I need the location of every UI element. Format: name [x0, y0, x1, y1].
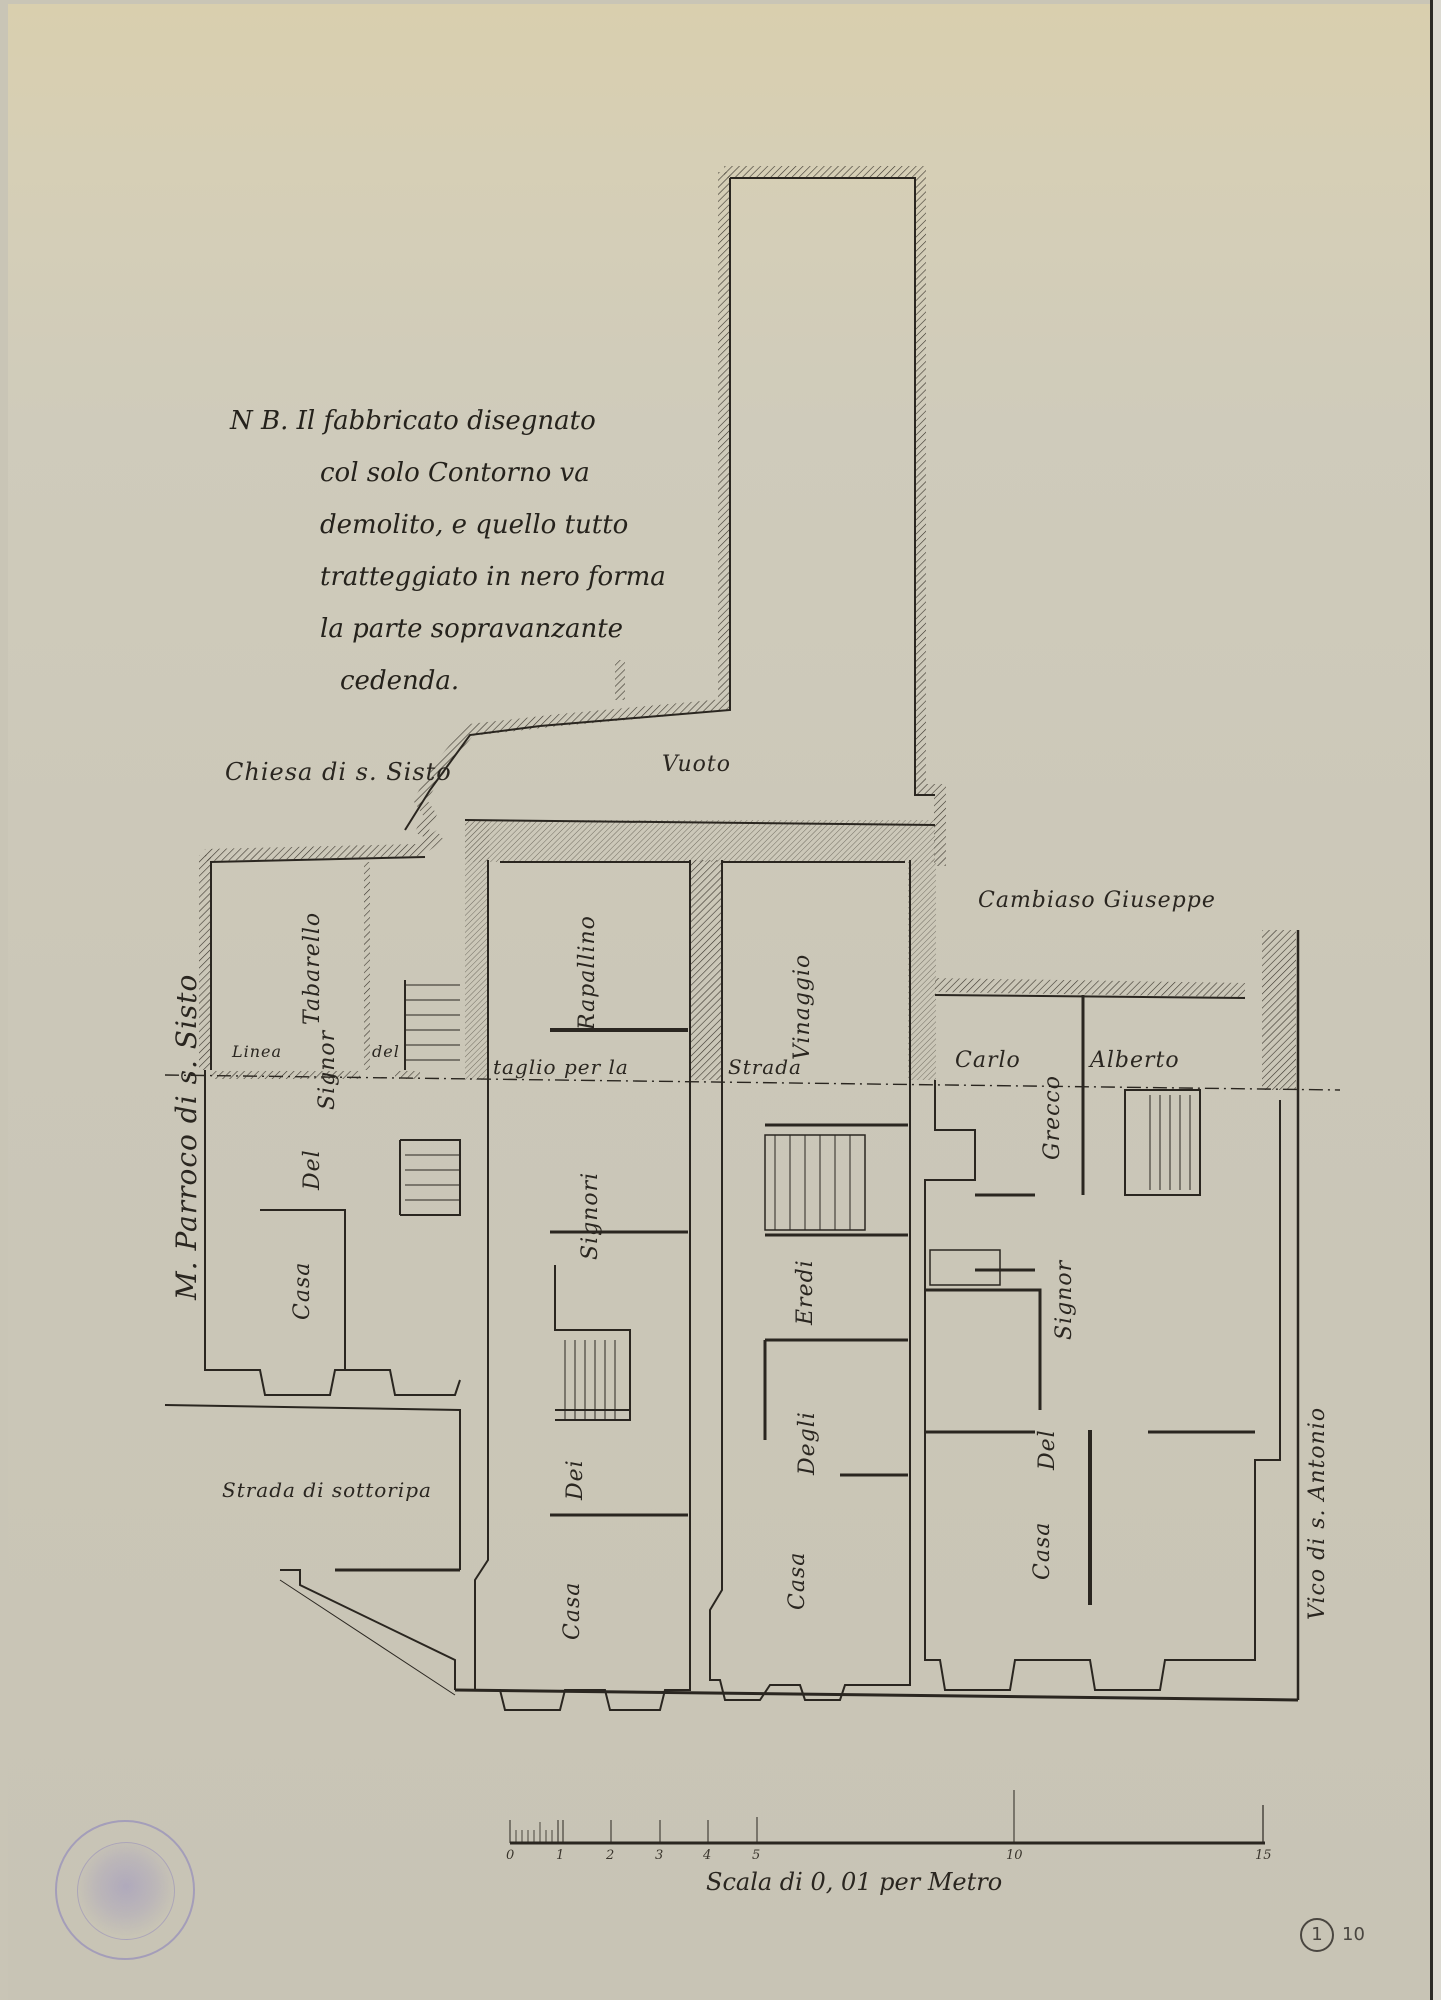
label-chiesa-s-sisto: Chiesa di s. Sisto — [225, 758, 452, 786]
folio-circled-number: 1 — [1300, 1918, 1334, 1952]
label-rapallino-2: Rapallino — [575, 915, 600, 1030]
eagle-emblem-icon — [77, 1842, 175, 1940]
label-del: del — [372, 1042, 400, 1061]
label-grecco-4: Grecco — [1040, 1075, 1065, 1160]
scale-bar — [510, 1790, 1265, 1843]
scale-tick-4: 4 — [703, 1848, 711, 1863]
label-signor-4: Signor — [1052, 1260, 1077, 1340]
note-line-5: la parte sopravanzante — [320, 603, 750, 655]
label-signor-1: Signor — [315, 1030, 340, 1110]
label-vico-di-s-antonio: Vico di s. Antonio — [1305, 1407, 1330, 1620]
note-line-2: col solo Contorno va — [320, 447, 750, 499]
building-grecco — [925, 1080, 1280, 1690]
note-line-3: demolito, e quello tutto — [320, 499, 750, 551]
folio-number: 10 — [1342, 1924, 1365, 1945]
archive-stamp — [55, 1820, 195, 1960]
floor-plan-drawing — [0, 0, 1441, 2000]
scale-tick-15: 15 — [1255, 1848, 1272, 1863]
label-casa-2: Casa — [560, 1582, 585, 1640]
label-carlo: Carlo — [955, 1048, 1021, 1073]
label-degli-3: Degli — [795, 1411, 820, 1475]
label-signori-2: Signori — [578, 1172, 603, 1260]
scale-tick-0: 0 — [506, 1848, 514, 1863]
label-casa-4: Casa — [1030, 1522, 1055, 1580]
label-taglio-per-la: taglio per la — [493, 1055, 629, 1079]
scale-tick-1: 1 — [556, 1848, 564, 1863]
label-alberto: Alberto — [1090, 1048, 1180, 1073]
label-casa-3: Casa — [785, 1552, 810, 1610]
label-eredi-3: Eredi — [793, 1259, 818, 1325]
note-line-4: tratteggiato in nero forma — [320, 551, 750, 603]
label-dei-2: Dei — [563, 1459, 588, 1500]
nota-bene-block: N B. Il fabbricato disegnato col solo Co… — [230, 395, 750, 707]
label-parroco-di-s-sisto: M. Parroco di s. Sisto — [170, 974, 203, 1300]
label-cambiaso-giuseppe: Cambiaso Giuseppe — [978, 888, 1216, 913]
scale-caption: Scala di 0, 01 per Metro — [706, 1868, 1002, 1896]
label-vuoto: Vuoto — [662, 752, 731, 777]
scale-tick-5: 5 — [752, 1848, 760, 1863]
label-strada-di-sottoripa: Strada di sottoripa — [222, 1478, 432, 1502]
label-tabarello-1: Tabarello — [300, 912, 325, 1025]
note-line-1: N B. Il fabbricato disegnato — [230, 395, 750, 447]
note-line-6: cedenda. — [340, 655, 750, 707]
scale-tick-2: 2 — [606, 1848, 614, 1863]
scale-tick-3: 3 — [655, 1848, 663, 1863]
label-linea: Linea — [232, 1042, 282, 1061]
label-del-4: Del — [1035, 1429, 1060, 1470]
label-del-1: Del — [300, 1149, 325, 1190]
label-casa-1: Casa — [290, 1262, 315, 1320]
street-sottoripa — [165, 1405, 460, 1695]
label-vinaggio-3: Vinaggio — [790, 954, 815, 1060]
folio-marker: 110 — [1300, 1918, 1365, 1952]
scale-tick-10: 10 — [1006, 1848, 1023, 1863]
